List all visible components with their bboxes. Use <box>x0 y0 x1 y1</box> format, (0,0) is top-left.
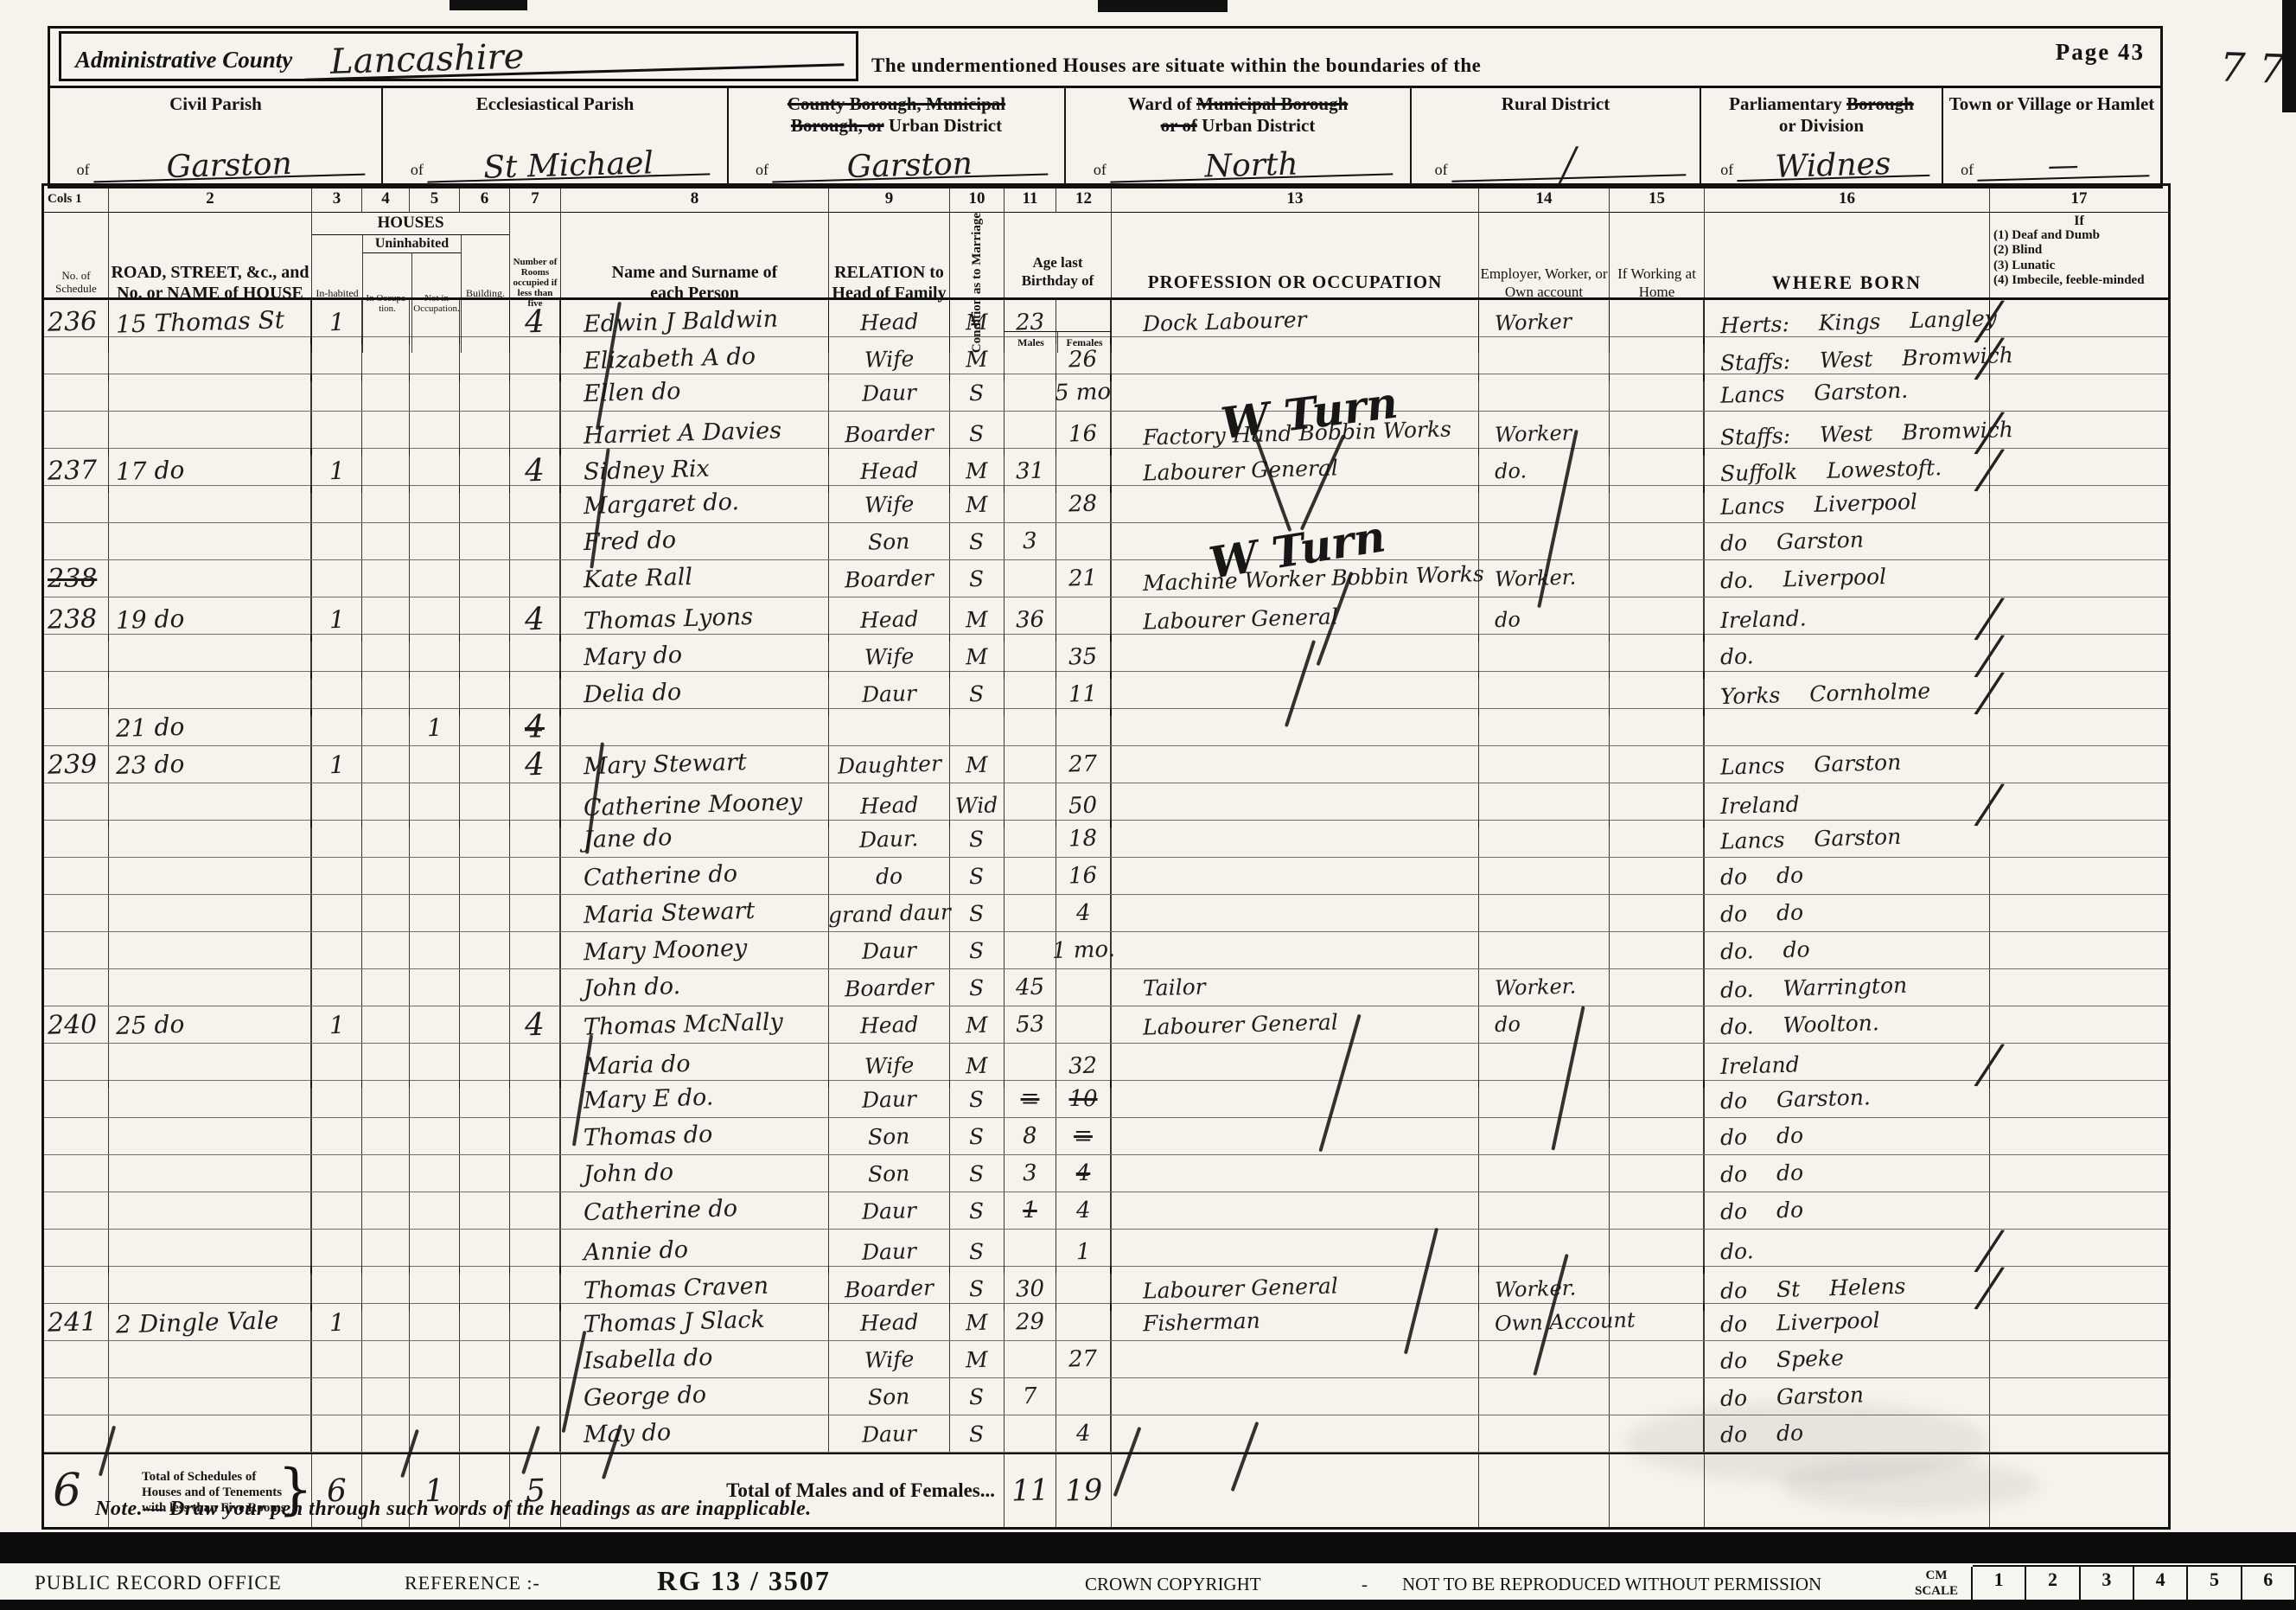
name-cell: Catherine do <box>561 858 829 894</box>
of-label: of <box>756 161 769 179</box>
address-cell <box>109 932 312 968</box>
scan-smudge <box>2282 0 2296 112</box>
age-females-cell: 4 <box>1056 1155 1112 1192</box>
column-number: 15 <box>1610 186 1705 212</box>
where-born-cell: do Liverpool <box>1705 1304 1990 1340</box>
age-females-cell <box>1056 709 1112 745</box>
uninhabited-not-in-occupation-cell <box>410 560 460 597</box>
scan-black-bar <box>0 1532 2296 1563</box>
uninhabited-in-occupation-cell <box>362 1192 410 1229</box>
working-at-home-cell <box>1610 1341 1705 1377</box>
table-row: Elizabeth A do Wife M 26 Staffs: West Br… <box>44 337 2168 374</box>
name-cell <box>561 709 829 745</box>
employer-cell <box>1479 1081 1610 1117</box>
table-row: Catherine Mooney Head Wid 50 Ireland ╱ <box>44 783 2168 821</box>
inhabited-cell <box>312 969 362 1006</box>
table-row: John do Son S 3 4 do do <box>44 1155 2168 1192</box>
employer-cell <box>1479 746 1610 783</box>
rural-district-title: Rural District <box>1412 93 1700 115</box>
age-females-cell: 27 <box>1056 1341 1112 1377</box>
uninhabited-in-occupation-cell <box>362 486 410 522</box>
building-cell <box>460 1081 510 1117</box>
building-cell <box>460 1118 510 1154</box>
infirmity-cell <box>1990 1192 2168 1229</box>
ward-box: Ward of Municipal Borough or of Urban Di… <box>1066 88 1412 186</box>
condition-cell: S <box>950 895 1004 931</box>
schedule-cell <box>44 1192 109 1229</box>
infirmity-cell <box>1990 1341 2168 1377</box>
county-borough-box: County Borough, Municipal Borough, or Ur… <box>729 88 1066 186</box>
relation-cell: Wife <box>829 1341 950 1377</box>
inhabited-cell <box>312 1192 362 1229</box>
infirmity-cell <box>1990 1378 2168 1415</box>
column-number: 7 <box>510 186 561 212</box>
column-number: 13 <box>1112 186 1479 212</box>
condition-cell: S <box>950 523 1004 559</box>
rural-district-value: ╱ <box>1451 150 1685 182</box>
where-born-cell: do. do <box>1705 932 1990 968</box>
infirmity-cell <box>1990 523 2168 559</box>
uninhabited-not-in-occupation-cell <box>410 1192 460 1229</box>
inhabited-cell <box>312 523 362 559</box>
schedule-cell <box>44 932 109 968</box>
relation-cell: Daur <box>829 374 950 411</box>
condition-cell: S <box>950 1378 1004 1415</box>
ward-title2: Urban District <box>1202 115 1315 136</box>
occupation-cell <box>1112 709 1479 745</box>
infirmity-cell <box>1990 895 2168 931</box>
infirmity-cell <box>1990 1118 2168 1154</box>
ward-title-struck2: or of <box>1161 115 1197 136</box>
table-row: 240 25 do 1 4 Thomas McNally Head M 53 L… <box>44 1006 2168 1044</box>
employer-cell <box>1479 1415 1610 1452</box>
rural-district-box: Rural District of ╱ <box>1412 88 1701 186</box>
condition-cell: M <box>950 1304 1004 1340</box>
condition-cell: S <box>950 1081 1004 1117</box>
condition-cell: M <box>950 1341 1004 1377</box>
schedule-cell <box>44 486 109 522</box>
building-cell <box>460 858 510 894</box>
schedule-cell: 238 <box>44 560 109 597</box>
working-at-home-cell <box>1610 969 1705 1006</box>
occupation-cell <box>1112 1155 1479 1192</box>
age-females-cell: 27 <box>1056 746 1112 783</box>
infirmity-cell <box>1990 746 2168 783</box>
working-at-home-cell <box>1610 1006 1705 1043</box>
schedule-cell <box>44 523 109 559</box>
working-at-home-cell <box>1610 1118 1705 1154</box>
rooms-cell <box>510 932 561 968</box>
employer-cell: Worker. <box>1479 969 1610 1006</box>
footer-notice: NOT TO BE REPRODUCED WITHOUT PERMISSION <box>1402 1574 1821 1595</box>
employer-cell <box>1479 374 1610 411</box>
where-born-cell <box>1705 709 1990 745</box>
town-village-title: Town or Village or Hamlet <box>1943 93 2160 115</box>
where-born-cell: Lancs Liverpool <box>1705 486 1990 522</box>
address-cell <box>109 1081 312 1117</box>
rooms-cell <box>510 1192 561 1229</box>
address-cell: 25 do <box>109 1006 312 1043</box>
footer-reference-value: RG 13 / 3507 <box>657 1565 831 1597</box>
uninhabited-not-in-occupation-cell <box>410 858 460 894</box>
of-label: of <box>1094 161 1107 179</box>
infirmity-cell <box>1990 486 2168 522</box>
relation-cell: Boarder <box>829 560 950 597</box>
address-cell <box>109 486 312 522</box>
building-cell <box>460 821 510 857</box>
table-row: Maria do Wife M 32 Ireland ╱ <box>44 1044 2168 1081</box>
houses-statement: The undermentioned Houses are situate wi… <box>871 54 1719 77</box>
schedule-cell <box>44 821 109 857</box>
column-number: 4 <box>362 186 410 212</box>
condition-cell: S <box>950 374 1004 411</box>
building-cell <box>460 895 510 931</box>
footer-cm-scale: CM SCALE <box>1902 1567 1973 1600</box>
uninhabited-in-occupation-cell <box>362 709 410 745</box>
age-females-cell <box>1056 1006 1112 1043</box>
uninhabited-in-occupation-cell <box>362 1378 410 1415</box>
age-males-cell <box>1004 932 1056 968</box>
uninhabited-in-occupation-cell <box>362 374 410 411</box>
rooms-cell <box>510 1378 561 1415</box>
rooms-cell <box>510 821 561 857</box>
name-cell: Thomas do <box>561 1118 829 1154</box>
uninhabited-not-in-occupation-cell <box>410 746 460 783</box>
administrative-county-value: Lancashire <box>304 32 845 80</box>
parliamentary-value: Widnes <box>1737 151 1930 182</box>
relation-cell: Head <box>829 1304 950 1340</box>
uninhabited-in-occupation-cell <box>362 1006 410 1043</box>
building-cell <box>460 1304 510 1340</box>
column-number: 3 <box>312 186 362 212</box>
where-born-cell: do. Liverpool <box>1705 560 1990 597</box>
age-females-cell: 4 <box>1056 1192 1112 1229</box>
inhabited-cell <box>312 486 362 522</box>
infirmity-cell <box>1990 969 2168 1006</box>
working-at-home-cell <box>1610 374 1705 411</box>
rooms-cell <box>510 969 561 1006</box>
condition-cell <box>950 709 1004 745</box>
parliamentary-title-struck: Borough <box>1846 93 1914 114</box>
uninhabited-in-occupation-cell <box>362 932 410 968</box>
inhabited-cell <box>312 821 362 857</box>
column-header-row: No. of Schedule ROAD, STREET, &c., and N… <box>44 213 2168 300</box>
inhabited-cell <box>312 1155 362 1192</box>
building-cell <box>460 1192 510 1229</box>
occupation-cell <box>1112 1415 1479 1452</box>
inhabited-cell <box>312 1118 362 1154</box>
uninhabited-in-occupation-cell <box>362 560 410 597</box>
rooms-cell <box>510 1081 561 1117</box>
working-at-home-cell <box>1610 821 1705 857</box>
uninhabited-in-occupation-cell <box>362 1415 410 1452</box>
ruler-mark: 3 <box>2081 1567 2134 1600</box>
condition-cell: S <box>950 560 1004 597</box>
where-born-cell: do. Warrington <box>1705 969 1990 1006</box>
uninhabited-in-occupation-cell <box>362 1155 410 1192</box>
where-born-cell: Lancs Garston <box>1705 821 1990 857</box>
working-at-home-cell <box>1610 709 1705 745</box>
age-males-cell: 45 <box>1004 969 1056 1006</box>
rooms-cell <box>510 1155 561 1192</box>
of-label: of <box>411 161 424 179</box>
working-at-home-cell <box>1610 1155 1705 1192</box>
column-number: 8 <box>561 186 829 212</box>
age-females-cell <box>1056 969 1112 1006</box>
condition-cell: M <box>950 1006 1004 1043</box>
parliamentary-title: Parliamentary <box>1729 93 1842 114</box>
schedule-cell <box>44 1118 109 1154</box>
working-at-home-cell <box>1610 1192 1705 1229</box>
building-cell <box>460 1341 510 1377</box>
occupation-cell <box>1112 895 1479 931</box>
ward-title: Ward of <box>1128 93 1192 114</box>
relation-cell: Son <box>829 1155 950 1192</box>
table-row: Maria Stewart grand daur S 4 do do <box>44 895 2168 932</box>
age-males-cell <box>1004 486 1056 522</box>
name-cell: Mary E do. <box>561 1081 829 1117</box>
inhabited-cell <box>312 560 362 597</box>
age-males-cell <box>1004 895 1056 931</box>
parliamentary-box: Parliamentary Borough or Division of Wid… <box>1701 88 1943 186</box>
working-at-home-cell <box>1610 1304 1705 1340</box>
schedule-cell: 241 <box>44 1304 109 1340</box>
occupation-cell: Fisherman <box>1112 1304 1479 1340</box>
where-born-cell: do. Woolton. <box>1705 1006 1990 1043</box>
age-females-cell: ≡ <box>1056 1118 1112 1154</box>
infirmity-cell <box>1990 821 2168 857</box>
occupation-cell <box>1112 1378 1479 1415</box>
where-born-cell: do do <box>1705 1118 1990 1154</box>
ruler-mark: 6 <box>2242 1567 2296 1600</box>
employer-cell <box>1479 1118 1610 1154</box>
address-cell: 2 Dingle Vale <box>109 1304 312 1340</box>
occupation-cell: Tailor <box>1112 969 1479 1006</box>
inhabited-cell <box>312 858 362 894</box>
employer-cell <box>1479 486 1610 522</box>
relation-cell: Daur. <box>829 821 950 857</box>
age-males-cell: 1 <box>1004 1192 1056 1229</box>
building-cell <box>460 1155 510 1192</box>
occupation-cell <box>1112 1118 1479 1154</box>
rooms-cell <box>510 1118 561 1154</box>
inhabited-cell <box>312 932 362 968</box>
relation-cell: Son <box>829 1378 950 1415</box>
column-number: Cols 1 <box>44 186 109 212</box>
table-row: 21 do 1 4 <box>44 709 2168 746</box>
ecclesiastical-parish-box: Ecclesiastical Parish of St Michael <box>383 88 729 186</box>
address-cell <box>109 969 312 1006</box>
uninhabited-not-in-occupation-cell <box>410 523 460 559</box>
table-row: 236 15 Thomas St 1 4 Edwin J Baldwin Hea… <box>44 300 2168 337</box>
working-at-home-cell <box>1610 560 1705 597</box>
age-females-cell <box>1056 1378 1112 1415</box>
building-cell <box>460 374 510 411</box>
column-number: 11 <box>1004 186 1056 212</box>
age-males-cell: 3 <box>1004 523 1056 559</box>
form-header-box: Administrative County Lancashire The und… <box>48 26 2163 188</box>
building-cell <box>460 560 510 597</box>
name-cell: Mary Mooney <box>561 932 829 968</box>
working-at-home-cell <box>1610 858 1705 894</box>
condition-cell: S <box>950 1155 1004 1192</box>
county-borough-value: Garston <box>772 150 1048 183</box>
column-number: 12 <box>1056 186 1112 212</box>
where-born-cell: Lancs Garston <box>1705 746 1990 783</box>
rooms-cell <box>510 1304 561 1340</box>
where-born-cell: do do <box>1705 1155 1990 1192</box>
administrative-county-label: Administrative County <box>75 47 292 73</box>
table-row: Fred do Son S 3 do Garston <box>44 523 2168 560</box>
relation-cell: do <box>829 858 950 894</box>
column-number: 14 <box>1479 186 1610 212</box>
age-females-cell: 5 mo <box>1056 374 1112 411</box>
building-cell <box>460 746 510 783</box>
uninhabited-not-in-occupation-cell <box>410 1118 460 1154</box>
ruler-mark: 4 <box>2134 1567 2188 1600</box>
building-cell <box>460 1006 510 1043</box>
administrative-county-box: Administrative County Lancashire <box>59 31 858 81</box>
where-born-cell: Lancs Garston. <box>1705 374 1990 411</box>
employer-cell <box>1479 1341 1610 1377</box>
building-cell <box>460 486 510 522</box>
uninhabited-in-occupation-cell <box>362 1118 410 1154</box>
uninhabited-not-in-occupation-cell <box>410 1081 460 1117</box>
inhabited-cell <box>312 895 362 931</box>
address-cell <box>109 1415 312 1452</box>
condition-cell: M <box>950 746 1004 783</box>
uninhabited-not-in-occupation-cell <box>410 1155 460 1192</box>
relation-cell <box>829 709 950 745</box>
condition-cell: S <box>950 1192 1004 1229</box>
infirmity-cell <box>1990 1155 2168 1192</box>
occupation-cell <box>1112 1341 1479 1377</box>
occupation-cell <box>1112 858 1479 894</box>
rooms-cell <box>510 374 561 411</box>
where-born-cell: do Garston <box>1705 523 1990 559</box>
inhabited-cell <box>312 1415 362 1452</box>
address-cell <box>109 1378 312 1415</box>
of-label: of <box>1961 161 1974 179</box>
condition-cell: S <box>950 858 1004 894</box>
where-born-cell: do Garston. <box>1705 1081 1990 1117</box>
inhabited-cell <box>312 1081 362 1117</box>
of-label: of <box>77 161 90 179</box>
age-females-cell <box>1056 523 1112 559</box>
table-row: 238 Kate Rall Boarder S 21 Machine Worke… <box>44 560 2168 597</box>
schedule-cell <box>44 374 109 411</box>
of-label: of <box>1720 161 1733 179</box>
scan-stain <box>1781 1460 2040 1511</box>
infirmity-cell <box>1990 858 2168 894</box>
rooms-cell <box>510 486 561 522</box>
address-cell: 21 do <box>109 709 312 745</box>
parliamentary-title2: or Division <box>1779 115 1864 136</box>
rooms-cell: 4 <box>510 709 561 745</box>
relation-cell: Daur <box>829 1192 950 1229</box>
uninhabited-not-in-occupation-cell <box>410 1304 460 1340</box>
header-houses-title: HOUSES <box>312 213 509 235</box>
uninhabited-in-occupation-cell <box>362 1304 410 1340</box>
table-row: Catherine do Daur S 1 4 do do <box>44 1192 2168 1230</box>
uninhabited-in-occupation-cell <box>362 1081 410 1117</box>
age-males-cell <box>1004 858 1056 894</box>
occupation-cell <box>1112 746 1479 783</box>
uninhabited-not-in-occupation-cell: 1 <box>410 709 460 745</box>
ecclesiastical-parish-value: St Michael <box>426 150 710 182</box>
age-males-cell: 7 <box>1004 1378 1056 1415</box>
inhabited-cell: 1 <box>312 746 362 783</box>
schedule-cell: 239 <box>44 746 109 783</box>
building-cell <box>460 1378 510 1415</box>
address-cell <box>109 821 312 857</box>
address-cell <box>109 895 312 931</box>
of-label: of <box>1435 161 1448 179</box>
table-row: Margaret do. Wife M 28 Lancs Liverpool <box>44 486 2168 523</box>
table-row: 241 2 Dingle Vale 1 Thomas J Slack Head … <box>44 1304 2168 1341</box>
county-borough-title-struck: County Borough, Municipal <box>788 93 1005 114</box>
uninhabited-not-in-occupation-cell <box>410 969 460 1006</box>
name-cell: John do. <box>561 969 829 1006</box>
town-village-value: — <box>1977 151 2150 182</box>
uninhabited-not-in-occupation-cell <box>410 821 460 857</box>
rooms-cell: 4 <box>510 1006 561 1043</box>
schedule-cell: 240 <box>44 1006 109 1043</box>
address-cell <box>109 858 312 894</box>
occupation-cell <box>1112 1081 1479 1117</box>
table-row: Thomas do Son S 8 ≡ do do <box>44 1118 2168 1155</box>
address-cell <box>109 374 312 411</box>
name-cell: Thomas McNally <box>561 1006 829 1043</box>
uninhabited-not-in-occupation-cell <box>410 895 460 931</box>
page-number-label: Page 43 <box>2056 39 2145 66</box>
condition-cell: S <box>950 932 1004 968</box>
uninhabited-not-in-occupation-cell <box>410 1006 460 1043</box>
age-males-cell <box>1004 709 1056 745</box>
table-row: Ellen do Daur S 5 mo Lancs Garston. <box>44 374 2168 412</box>
uninhabited-in-occupation-cell <box>362 1341 410 1377</box>
building-cell <box>460 1415 510 1452</box>
uninhabited-not-in-occupation-cell <box>410 486 460 522</box>
employer-cell <box>1479 858 1610 894</box>
employer-cell <box>1479 1192 1610 1229</box>
building-cell <box>460 932 510 968</box>
age-females-cell: 1 mo. <box>1056 932 1112 968</box>
ruler-mark: 2 <box>2026 1567 2080 1600</box>
age-females-cell: 16 <box>1056 858 1112 894</box>
table-row: Delia do Daur S 11 Yorks Cornholme ╱ <box>44 672 2168 709</box>
working-at-home-cell <box>1610 486 1705 522</box>
occupation-cell <box>1112 486 1479 522</box>
age-females-cell <box>1056 1304 1112 1340</box>
table-row: 238 19 do 1 4 Thomas Lyons Head M 36 Lab… <box>44 597 2168 635</box>
table-row: Harriet A Davies Boarder S 16 Factory Ha… <box>44 412 2168 449</box>
infirmity-cell <box>1990 1415 2168 1452</box>
schedule-cell <box>44 1155 109 1192</box>
header-uninhabited-title: Uninhabited <box>363 235 461 254</box>
totals-males: 11 <box>1004 1454 1056 1527</box>
address-cell <box>109 1155 312 1192</box>
infirmity-cell <box>1990 709 2168 745</box>
where-born-cell: do do <box>1705 1192 1990 1229</box>
table-row: Mary Mooney Daur S 1 mo. do. do <box>44 932 2168 969</box>
table-row: Mary do Wife M 35 do. ╱ <box>44 635 2168 672</box>
inhabited-cell <box>312 374 362 411</box>
working-at-home-cell <box>1610 1378 1705 1415</box>
footer-office: PUBLIC RECORD OFFICE <box>35 1572 282 1594</box>
table-row: Isabella do Wife M 27 do Speke <box>44 1341 2168 1378</box>
schedule-cell <box>44 1415 109 1452</box>
